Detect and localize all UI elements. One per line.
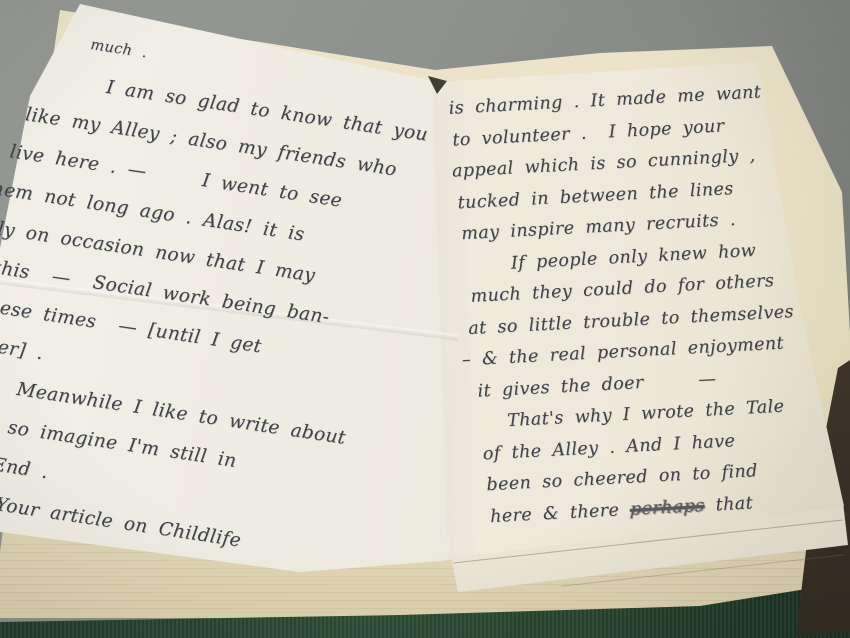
handwriting-right-page: is charming . It made me wantto voluntee…	[444, 71, 850, 534]
scribbled-out-word: perhaps	[629, 490, 705, 526]
book-photo: much .I am so glad to know that youlike …	[0, 0, 850, 638]
